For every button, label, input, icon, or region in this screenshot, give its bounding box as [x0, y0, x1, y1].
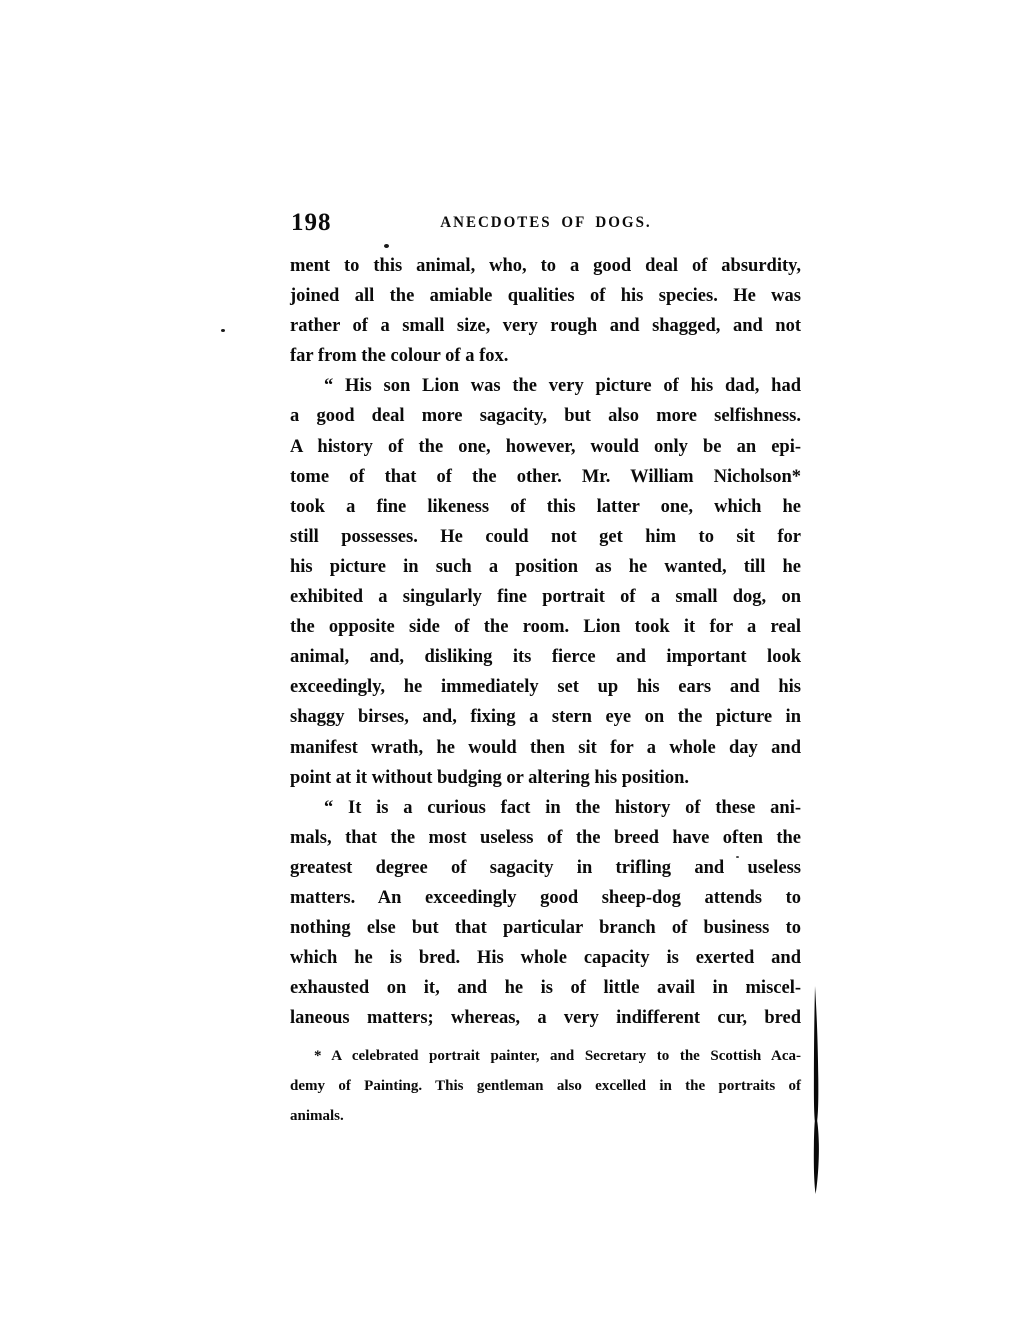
body-line: ment to this animal, who, to a good deal… [290, 251, 801, 281]
body-line: laneous matters; whereas, a very indiffe… [290, 1003, 801, 1033]
body-line: “ It is a curious fact in the history of… [290, 793, 801, 823]
body-line: still possesses. He could not get him to… [290, 522, 801, 552]
body-paragraph: “ His son Lion was the very picture of h… [290, 371, 801, 792]
scanned-book-page: 198 ANECDOTES OF DOGS. ment to this anim… [0, 0, 1033, 1339]
body-line: tome of that of the other. Mr. William N… [290, 462, 801, 492]
ink-speck [384, 244, 389, 248]
body-line: a good deal more sagacity, but also more… [290, 401, 801, 431]
body-line: animal, and, disliking its fierce and im… [290, 642, 801, 672]
ink-speck [736, 856, 739, 858]
body-line: point at it without budging or altering … [290, 763, 801, 793]
body-line: matters. An exceedingly good sheep-dog a… [290, 883, 801, 913]
body-line: joined all the amiable qualities of his … [290, 281, 801, 311]
body-line: far from the colour of a fox. [290, 341, 801, 371]
body-line: manifest wrath, he would then sit for a … [290, 733, 801, 763]
body-line: “ His son Lion was the very picture of h… [290, 371, 801, 401]
ink-smudge-line [808, 984, 822, 1198]
ink-speck [221, 329, 225, 332]
body-paragraph: ment to this animal, who, to a good deal… [290, 251, 801, 371]
footnote-line: demy of Painting. This gentleman also ex… [290, 1071, 801, 1101]
footnote-line: * A celebrated portrait painter, and Sec… [290, 1041, 801, 1071]
body-line: mals, that the most useless of the breed… [290, 823, 801, 853]
body-line: exceedingly, he immediately set up his e… [290, 672, 801, 702]
footnote: * A celebrated portrait painter, and Sec… [290, 1041, 801, 1131]
body-line: took a fine likeness of this latter one,… [290, 492, 801, 522]
body-paragraph: “ It is a curious fact in the history of… [290, 793, 801, 1034]
body-text: ment to this animal, who, to a good deal… [290, 251, 801, 1033]
body-line: the opposite side of the room. Lion took… [290, 612, 801, 642]
body-line: exhibited a singularly fine portrait of … [290, 582, 801, 612]
body-line: which he is bred. His whole capacity is … [290, 943, 801, 973]
body-line: shaggy birses, and, fixing a stern eye o… [290, 702, 801, 732]
body-line: exhausted on it, and he is of little ava… [290, 973, 801, 1003]
body-line: his picture in such a position as he wan… [290, 552, 801, 582]
body-line: rather of a small size, very rough and s… [290, 311, 801, 341]
body-line: greatest degree of sagacity in trifling … [290, 853, 801, 883]
running-head: ANECDOTES OF DOGS. [290, 215, 802, 233]
footnote-line: animals. [290, 1101, 801, 1131]
body-line: A history of the one, however, would onl… [290, 432, 801, 462]
body-line: nothing else but that particular branch … [290, 913, 801, 943]
